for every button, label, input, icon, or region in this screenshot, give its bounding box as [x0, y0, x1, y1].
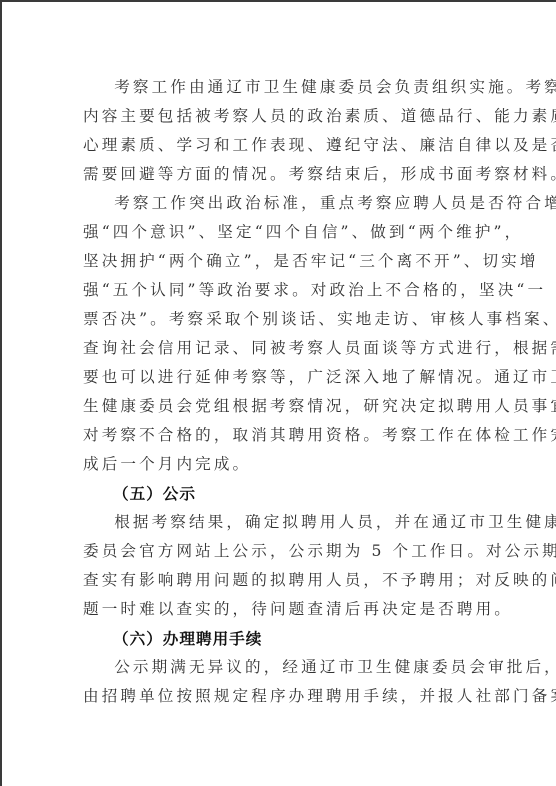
text-line: 内容主要包括被考察人员的政治素质、道德品行、能力素质、 — [83, 102, 479, 131]
text-line: 对考察不合格的，取消其聘用资格。考察工作在体检工作完 — [83, 421, 479, 450]
paragraph-employment-procedures: 公示期满无异议的，经通辽市卫生健康委员会审批后， 由招聘单位按照规定程序办理聘用… — [83, 653, 479, 711]
section-heading-employment-procedures: （六）办理聘用手续 — [83, 624, 479, 653]
text-line: 查询社会信用记录、同被考察人员面谈等方式进行，根据需 — [83, 334, 479, 363]
text-line: 考察工作突出政治标准，重点考察应聘人员是否符合增 — [83, 189, 479, 218]
section-heading-publicity: （五）公示 — [83, 479, 479, 508]
document-page: 考察工作由通辽市卫生健康委员会负责组织实施。考察 内容主要包括被考察人员的政治素… — [0, 0, 556, 786]
paragraph-political-standard: 考察工作突出政治标准，重点考察应聘人员是否符合增 强“四个意识”、坚定“四个自信… — [83, 189, 479, 479]
paragraph-inspection-content: 考察工作由通辽市卫生健康委员会负责组织实施。考察 内容主要包括被考察人员的政治素… — [83, 73, 479, 189]
text-line: 票否决”。考察采取个别谈话、实地走访、审核人事档案、 — [83, 305, 479, 334]
text-line: 委员会官方网站上公示，公示期为 5 个工作日。对公示期间 — [83, 537, 479, 566]
text-line: 生健康委员会党组根据考察情况，研究决定拟聘用人员事宜。 — [83, 392, 479, 421]
paragraph-publicity: 根据考察结果，确定拟聘用人员，并在通辽市卫生健康 委员会官方网站上公示，公示期为… — [83, 508, 479, 624]
text-line: 查实有影响聘用问题的拟聘用人员，不予聘用；对反映的问 — [83, 566, 479, 595]
text-line: 强“五个认同”等政治要求。对政治上不合格的，坚决“一 — [83, 276, 479, 305]
text-line: 心理素质、学习和工作表现、遵纪守法、廉洁自律以及是否 — [83, 131, 479, 160]
text-line: 由招聘单位按照规定程序办理聘用手续，并报人社部门备案。 — [83, 682, 479, 711]
text-line: 根据考察结果，确定拟聘用人员，并在通辽市卫生健康 — [83, 508, 479, 537]
text-line: 要也可以进行延伸考察等，广泛深入地了解情况。通辽市卫 — [83, 363, 479, 392]
text-line: 强“四个意识”、坚定“四个自信”、做到“两个维护”， — [83, 218, 479, 247]
text-line: 考察工作由通辽市卫生健康委员会负责组织实施。考察 — [83, 73, 479, 102]
text-line: 公示期满无异议的，经通辽市卫生健康委员会审批后， — [83, 653, 479, 682]
text-line: 成后一个月内完成。 — [83, 450, 479, 479]
text-line: 坚决拥护“两个确立”，是否牢记“三个离不开”、切实增 — [83, 247, 479, 276]
text-line: 题一时难以查实的，待问题查清后再决定是否聘用。 — [83, 595, 479, 624]
text-line: 需要回避等方面的情况。考察结束后，形成书面考察材料。 — [83, 160, 479, 189]
document-body: 考察工作由通辽市卫生健康委员会负责组织实施。考察 内容主要包括被考察人员的政治素… — [83, 73, 479, 711]
